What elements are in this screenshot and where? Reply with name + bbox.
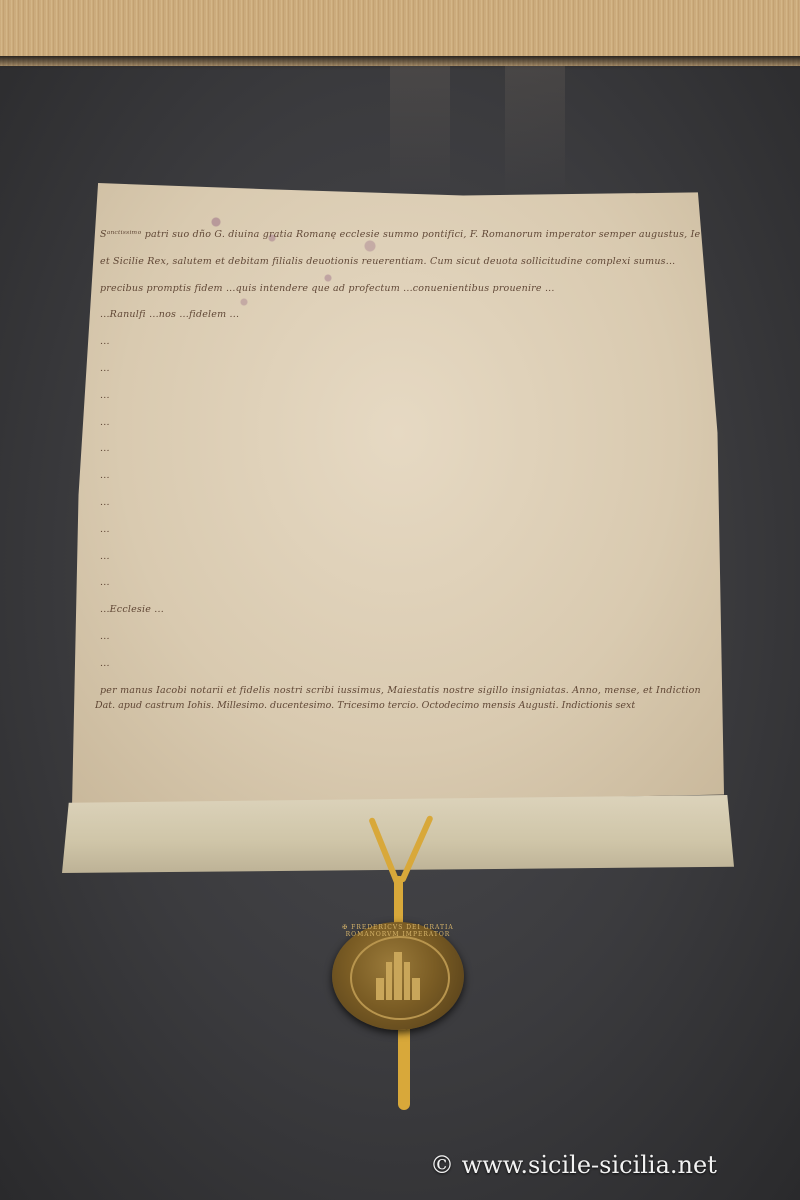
- dating-clause: Dat. apud castrum Iohis. Millesimo. duce…: [95, 700, 635, 711]
- charter-line: ...: [100, 544, 700, 571]
- charter-line: ...: [100, 436, 700, 463]
- charter-line: ...Ecclesie ...: [100, 597, 700, 624]
- charter-line: ...: [100, 329, 700, 356]
- charter-line: ...: [100, 517, 700, 544]
- charter-text: Sᵃⁿᶜᵗⁱˢˢⁱᵐᵒ patri suo dño G. diuina grat…: [100, 222, 700, 704]
- seal-cord-tail: [398, 1026, 410, 1110]
- charter-line: ...: [100, 651, 700, 678]
- copyright-watermark: © www.sicile-sicilia.net: [430, 1151, 717, 1179]
- charter-line: ...: [100, 570, 700, 597]
- charter-line: precibus promptis fidem ...quis intender…: [100, 276, 700, 303]
- charter-line: ...: [100, 356, 700, 383]
- charter-line: et Sicilie Rex, salutem et debitam filia…: [100, 249, 700, 276]
- charter-line: ...: [100, 463, 700, 490]
- charter-line: ...: [100, 410, 700, 437]
- seal-cord: [394, 876, 403, 926]
- charter-line: ...Ranulfi ...nos ...fidelem ...: [100, 302, 700, 329]
- charter-line: ...: [100, 490, 700, 517]
- light-beam: [505, 66, 565, 196]
- charter-line: Sᵃⁿᶜᵗⁱˢˢⁱᵐᵒ patri suo dño G. diuina grat…: [100, 222, 700, 249]
- wax-seal: ✠ FREDERICVS DEI GRATIA ROMANORVM IMPERA…: [332, 922, 464, 1030]
- charter-line: ...: [100, 383, 700, 410]
- church-icon: [376, 952, 420, 1000]
- parchment-fold: [62, 795, 734, 873]
- light-beam: [390, 66, 450, 196]
- charter-line: ...: [100, 624, 700, 651]
